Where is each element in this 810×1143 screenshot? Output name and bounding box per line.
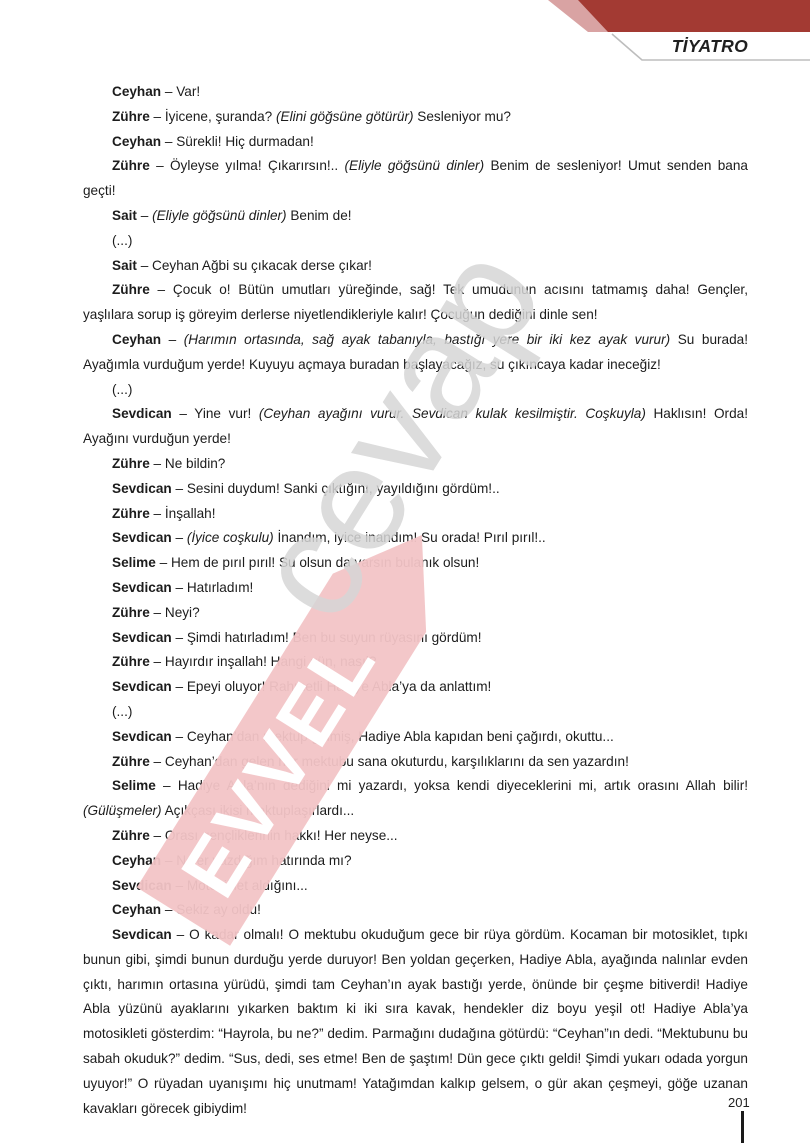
- speaker-name: Zühre: [112, 456, 150, 471]
- spoken-text: – Neler yazdığım hatırında mı?: [161, 853, 351, 868]
- spoken-text: – Motosiklet aldığını...: [172, 878, 308, 893]
- speaker-name: Sevdican: [112, 729, 172, 744]
- speaker-name: Sevdican: [112, 630, 172, 645]
- dialogue-line: Ceyhan – Neler yazdığım hatırında mı?: [83, 849, 748, 874]
- spoken-text: – Ne bildin?: [150, 456, 226, 471]
- dialogue-line: Zühre – Çocuk o! Bütün umutları yüreğind…: [83, 278, 748, 328]
- spoken-text: – Şimdi hatırladım! Ben bu suyun rüyasın…: [172, 630, 482, 645]
- spoken-text: – Öyleyse yılma! Çıkarırsın!..: [150, 158, 345, 173]
- spoken-text: – Var!: [161, 84, 200, 99]
- speaker-name: Sevdican: [112, 679, 172, 694]
- speaker-name: Zühre: [112, 828, 150, 843]
- dialogue-line: (...): [83, 700, 748, 725]
- spoken-text: Sesleniyor mu?: [414, 109, 511, 124]
- section-title: TİYATRO: [672, 36, 748, 57]
- spoken-text: – İnşallah!: [150, 506, 216, 521]
- play-dialogue: Ceyhan – Var!Zühre – İyicene, şuranda? (…: [83, 80, 748, 1121]
- spoken-text: (...): [112, 704, 132, 719]
- speaker-name: Sevdican: [112, 530, 172, 545]
- spoken-text: – Ceyhan’dan mektup gelmiş, Hadiye Abla …: [172, 729, 614, 744]
- spoken-text: – Neyi?: [150, 605, 200, 620]
- dialogue-line: Selime – Hadiye Abla’nın dediğini mi yaz…: [83, 774, 748, 824]
- spoken-text: – Yine vur!: [172, 406, 259, 421]
- speaker-name: Selime: [112, 778, 156, 793]
- dialogue-line: Zühre – Orası gençliklerinin hakkı! Her …: [83, 824, 748, 849]
- dialogue-line: Ceyhan – Sürekli! Hiç durmadan!: [83, 130, 748, 155]
- dialogue-line: Sevdican – Hatırladım!: [83, 576, 748, 601]
- spoken-text: – Hayırdır inşallah! Hangi gün, nasıl?: [150, 654, 377, 669]
- speaker-name: Ceyhan: [112, 853, 161, 868]
- speaker-name: Sait: [112, 258, 137, 273]
- speaker-name: Selime: [112, 555, 156, 570]
- speaker-name: Zühre: [112, 109, 150, 124]
- spoken-text: (...): [112, 233, 132, 248]
- dialogue-line: (...): [83, 378, 748, 403]
- spoken-text: – Orası gençliklerinin hakkı! Her neyse.…: [150, 828, 398, 843]
- dialogue-line: Ceyhan – (Harımın ortasında, sağ ayak ta…: [83, 328, 748, 378]
- page-number: 201: [728, 1095, 750, 1110]
- dialogue-line: Zühre – Ne bildin?: [83, 452, 748, 477]
- stage-direction: (Gülüşmeler): [83, 803, 162, 818]
- spoken-text: İnandım, iyice inandım! Su orada! Pırıl …: [274, 530, 546, 545]
- spoken-text: – Ceyhan Ağbi su çıkacak derse çıkar!: [137, 258, 372, 273]
- dialogue-line: Sevdican – Epeyi oluyor! Rahmetli Hadiye…: [83, 675, 748, 700]
- spoken-text: –: [161, 332, 184, 347]
- dialogue-line: Zühre – Ceyhan’dan gelen her mektubu san…: [83, 750, 748, 775]
- speaker-name: Zühre: [112, 654, 150, 669]
- dialogue-line: Sait – (Eliyle göğsünü dinler) Benim de!: [83, 204, 748, 229]
- stage-direction: (Elini göğsüne götürür): [276, 109, 414, 124]
- stage-direction: (İyice coşkulu): [187, 530, 274, 545]
- speaker-name: Ceyhan: [112, 332, 161, 347]
- spoken-text: – Sesini duydum! Sanki çıktığını, yayıld…: [172, 481, 500, 496]
- dialogue-line: (...): [83, 229, 748, 254]
- stage-direction: (Ceyhan ayağını vurur. Sevdican kulak ke…: [259, 406, 646, 421]
- spoken-text: Açıkçası ikisi mektuplaşırlardı...: [162, 803, 355, 818]
- dialogue-line: Sevdican – Sesini duydum! Sanki çıktığın…: [83, 477, 748, 502]
- dialogue-line: Zühre – Hayırdır inşallah! Hangi gün, na…: [83, 650, 748, 675]
- dialogue-line: Sait – Ceyhan Ağbi su çıkacak derse çıka…: [83, 254, 748, 279]
- spoken-text: – Çocuk o! Bütün umutları yüreğinde, sağ…: [83, 282, 748, 322]
- spoken-text: –: [137, 208, 152, 223]
- dialogue-line: Sevdican – (İyice coşkulu) İnandım, iyic…: [83, 526, 748, 551]
- speaker-name: Zühre: [112, 605, 150, 620]
- dialogue-line: Sevdican – Ceyhan’dan mektup gelmiş, Had…: [83, 725, 748, 750]
- spoken-text: – Ceyhan’dan gelen her mektubu sana okut…: [150, 754, 629, 769]
- dialogue-line: Sevdican – Şimdi hatırladım! Ben bu suyu…: [83, 626, 748, 651]
- spoken-text: – Sekiz ay oldu!: [161, 902, 261, 917]
- dialogue-line: Selime – Hem de pırıl pırıl! Su olsun da…: [83, 551, 748, 576]
- speaker-name: Zühre: [112, 282, 150, 297]
- spoken-text: (...): [112, 382, 132, 397]
- speaker-name: Sevdican: [112, 878, 172, 893]
- page-marker-bar: [741, 1111, 744, 1143]
- speaker-name: Ceyhan: [112, 902, 161, 917]
- dialogue-line: Sevdican – O kadar olmalı! O mektubu oku…: [83, 923, 748, 1121]
- speaker-name: Sevdican: [112, 927, 172, 942]
- dialogue-line: Zühre – İnşallah!: [83, 502, 748, 527]
- dialogue-line: Zühre – Neyi?: [83, 601, 748, 626]
- spoken-text: –: [172, 530, 187, 545]
- speaker-name: Sevdican: [112, 580, 172, 595]
- dialogue-line: Zühre – İyicene, şuranda? (Elini göğsüne…: [83, 105, 748, 130]
- spoken-text: – Hadiye Abla’nın dediğini mi yazardı, y…: [156, 778, 748, 793]
- spoken-text: – O kadar olmalı! O mektubu okuduğum gec…: [83, 927, 748, 1116]
- spoken-text: – Hem de pırıl pırıl! Su olsun da varsın…: [156, 555, 479, 570]
- dialogue-line: Sevdican – Yine vur! (Ceyhan ayağını vur…: [83, 402, 748, 452]
- header-accent-band: [578, 0, 810, 32]
- spoken-text: – Epeyi oluyor! Rahmetli Hadiye Abla’ya …: [172, 679, 492, 694]
- spoken-text: – Hatırladım!: [172, 580, 254, 595]
- spoken-text: – İyicene, şuranda?: [150, 109, 276, 124]
- stage-direction: (Eliyle göğsünü dinler): [152, 208, 287, 223]
- speaker-name: Ceyhan: [112, 134, 161, 149]
- speaker-name: Zühre: [112, 506, 150, 521]
- dialogue-line: Sevdican – Motosiklet aldığını...: [83, 874, 748, 899]
- dialogue-line: Zühre – Öyleyse yılma! Çıkarırsın!.. (El…: [83, 154, 748, 204]
- dialogue-line: Ceyhan – Sekiz ay oldu!: [83, 898, 748, 923]
- speaker-name: Zühre: [112, 754, 150, 769]
- speaker-name: Zühre: [112, 158, 150, 173]
- spoken-text: Benim de!: [287, 208, 352, 223]
- speaker-name: Sevdican: [112, 481, 172, 496]
- speaker-name: Sevdican: [112, 406, 172, 421]
- speaker-name: Sait: [112, 208, 137, 223]
- stage-direction: (Eliyle göğsünü dinler): [345, 158, 485, 173]
- speaker-name: Ceyhan: [112, 84, 161, 99]
- spoken-text: – Sürekli! Hiç durmadan!: [161, 134, 314, 149]
- dialogue-line: Ceyhan – Var!: [83, 80, 748, 105]
- header-decoration: [0, 0, 810, 70]
- stage-direction: (Harımın ortasında, sağ ayak tabanıyla, …: [184, 332, 670, 347]
